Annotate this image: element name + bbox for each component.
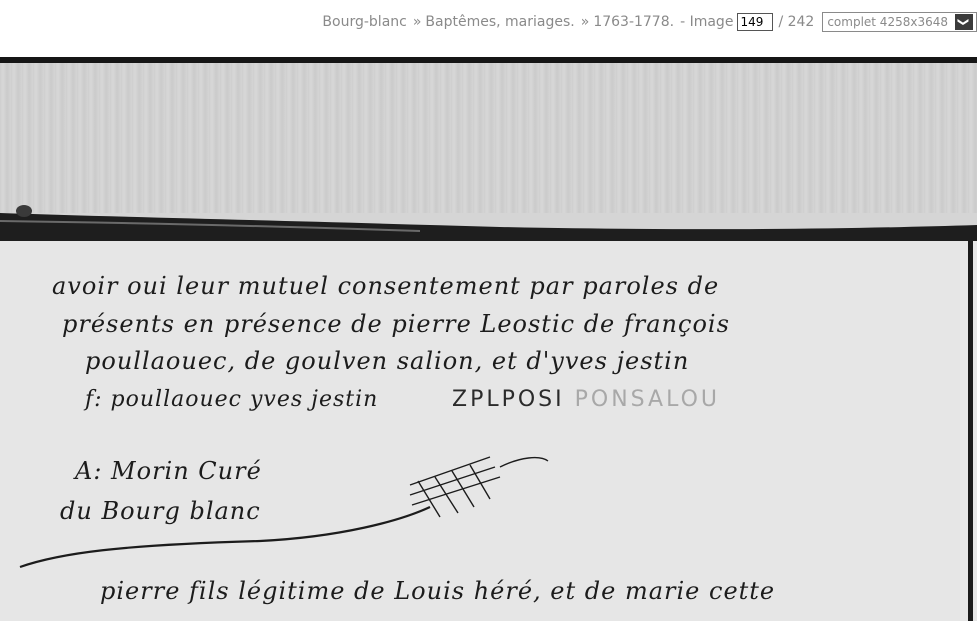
handwritten-line-4: f: poullaouec yves jestin xyxy=(85,387,378,412)
signature-flourish xyxy=(0,437,560,577)
breadcrumb-separator: » xyxy=(581,14,590,30)
breadcrumb-separator: » xyxy=(413,14,422,30)
chevron-down-icon[interactable]: ❯ xyxy=(955,14,973,30)
image-label: - Image xyxy=(680,14,733,30)
handwritten-line-2: présents en présence de pierre Leostic d… xyxy=(62,310,730,338)
breadcrumb-nav: Bourg-blanc » Baptêmes, mariages. » 1763… xyxy=(322,12,977,32)
stamp-dark: ZPLPOSI xyxy=(452,387,565,412)
top-bar: Bourg-blanc » Baptêmes, mariages. » 1763… xyxy=(0,0,977,57)
handwritten-line-3: poullaouec, de goulven salion, et d'yves… xyxy=(85,347,689,375)
breadcrumb-item-collection[interactable]: Baptêmes, mariages. xyxy=(425,14,574,30)
image-size-value: complet 4258x3648 xyxy=(823,15,952,29)
image-size-select[interactable]: complet 4258x3648 ❯ xyxy=(822,12,977,32)
breadcrumb-item-commune[interactable]: Bourg-blanc xyxy=(322,14,406,30)
page-right-edge xyxy=(968,241,973,621)
page-total: / 242 xyxy=(778,14,814,30)
stamp-faint: PONSALOU xyxy=(575,387,720,412)
page-number-input[interactable] xyxy=(737,13,773,31)
stamp-text: ZPLPOSI PONSALOU xyxy=(452,387,720,412)
previous-page-area xyxy=(0,63,977,213)
page-fold-shadow xyxy=(0,205,977,245)
document-image-viewer[interactable]: avoir oui leur mutuel consentement par p… xyxy=(0,57,977,621)
handwritten-line-1: avoir oui leur mutuel consentement par p… xyxy=(52,272,719,300)
handwritten-line-7: pierre fils légitime de Louis héré, et d… xyxy=(100,577,775,605)
breadcrumb-item-period[interactable]: 1763-1778. xyxy=(593,14,674,30)
